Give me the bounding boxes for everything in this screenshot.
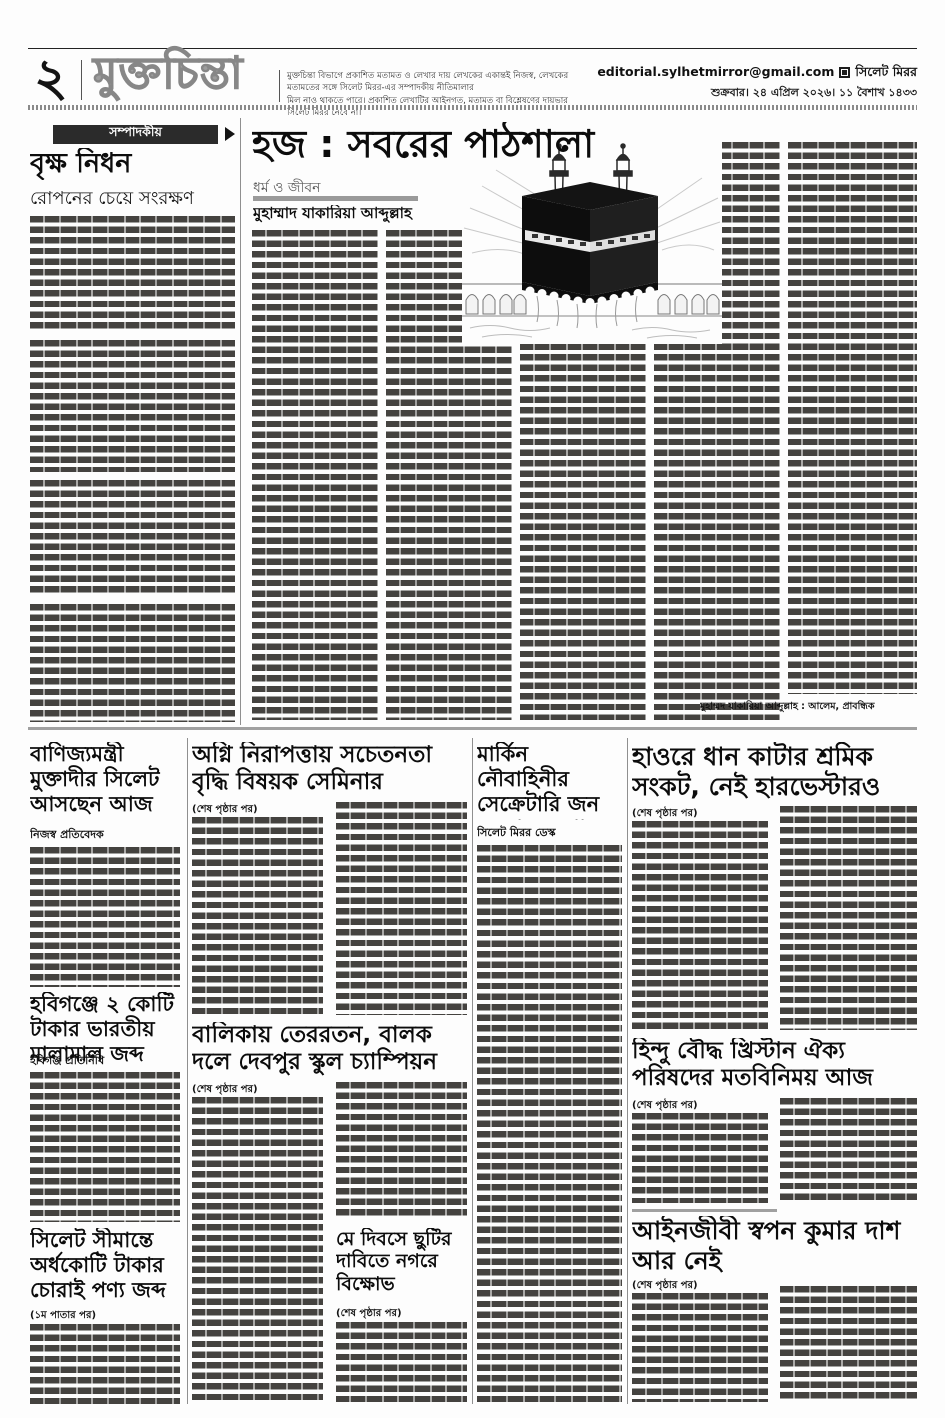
article-byline: হবিগঞ্জ প্রতিনিধি: [30, 1052, 180, 1067]
article-headline: মে দিবসে ছুটির দাবিতে নগরে বিক্ষোভ: [336, 1228, 467, 1302]
page-number: ২: [34, 52, 68, 104]
continuation-note: (১ম পাতার পর): [30, 1308, 180, 1321]
editorial-body-text: [30, 216, 235, 332]
column-rule-3: [627, 738, 628, 1404]
section-logo: মুক্তচিন্তা: [93, 52, 244, 96]
continuation-note: (শেষ পৃষ্ঠার পর): [192, 1082, 323, 1095]
continuation-note: (শেষ পৃষ্ঠার পর): [632, 806, 768, 819]
editorial-headline: বৃক্ষ নিধন: [30, 148, 235, 180]
lead-author-signature: মুহাম্মদ যাকারিয়া আব্দুল্লাহ : আলেম, প্…: [700, 700, 917, 714]
body-text: [632, 1113, 768, 1203]
arrow-right-icon: [225, 127, 235, 141]
body-text: [336, 1322, 467, 1402]
section-divider-rule: [28, 727, 917, 730]
lead-body-text: [252, 230, 378, 720]
article-headline: মার্কিন নৌবাহিনীর সেক্রেটারি জন ফেলান বর…: [477, 742, 622, 820]
article-headline: বাণিজ্যমন্ত্রী মুক্তাদীর সিলেট আসছেন আজ: [30, 742, 180, 822]
article-top-rule: [632, 1209, 777, 1212]
body-text: [632, 821, 768, 1030]
header-bottom-rule: [28, 105, 917, 110]
body-text: [30, 1072, 180, 1222]
disclaimer-divider: [279, 70, 280, 102]
lead-kicker: ধর্ম ও জীবন: [253, 176, 433, 194]
body-text: [780, 806, 917, 1030]
continuation-note: (শেষ পৃষ্ঠার পর): [632, 1098, 768, 1111]
column-rule-1: [187, 738, 188, 1404]
editorial-section-bar: সম্পাদকীয়: [53, 125, 218, 144]
body-text: [336, 802, 467, 1015]
body-text: [336, 1082, 467, 1220]
editorial-email: editorial.sylhetmirror@gmail.com: [597, 64, 834, 79]
article-headline: হাওরে ধান কাটার শ্রমিক সংকট, নেই হারভেস্…: [632, 742, 917, 802]
body-text: [632, 1293, 768, 1402]
body-text: [192, 1097, 323, 1402]
dateline: শুক্রবার। ২৪ এপ্রিল ২০২৬। ১১ বৈশাখ ১৪৩৩: [711, 84, 917, 103]
article-headline: সিলেট সীমান্তে অর্ধকোটি টাকার চোরাই পণ্য…: [30, 1228, 180, 1306]
article-headline: বালিকায় তেররতন, বালক দলে দেবপুর স্কুল চ…: [192, 1022, 467, 1078]
column-rule-2: [472, 738, 473, 1404]
article-headline: অগ্নি নিরাপত্তায় সচেতনতা বৃদ্ধি বিষয়ক …: [192, 742, 467, 798]
body-text: [780, 1098, 917, 1203]
continuation-note: (শেষ পৃষ্ঠার পর): [192, 802, 323, 815]
editorial-subhead: রোপনের চেয়ে সংরক্ষণ জরুরি: [30, 184, 235, 208]
lead-kicker-rule: [253, 196, 418, 201]
continuation-note: (শেষ পৃষ্ঠার পর): [336, 1306, 467, 1319]
section-disclaimer: মুক্তচিন্তা বিভাগে প্রকাশিত মতামত ও লেখা…: [287, 70, 587, 119]
body-text: [30, 847, 180, 987]
lead-byline: মুহাম্মাদ যাকারিয়া আব্দুল্লাহ: [253, 205, 463, 225]
article-byline: নিজস্ব প্রতিবেদক: [30, 826, 180, 841]
article-byline: সিলেট মিরর ডেস্ক: [477, 824, 622, 839]
article-headline: আইনজীবী স্বপন কুমার দাশ আর নেই: [632, 1216, 917, 1274]
body-text: [477, 845, 622, 1402]
continuation-note: (শেষ পৃষ্ঠার পর): [632, 1278, 768, 1291]
masthead-name: সিলেট মিরর: [855, 64, 917, 79]
newspaper-page: ২ মুক্তচিন্তা মুক্তচিন্তা বিভাগে প্রকাশি…: [0, 0, 945, 1418]
article-headline: হিন্দু বৌদ্ধ খ্রিস্টান ঐক্য পরিষদের মতবি…: [632, 1038, 917, 1094]
masthead-row: editorial.sylhetmirror@gmail.comসিলেট মি…: [597, 64, 917, 84]
lead-body-text: [788, 142, 917, 694]
body-text: [192, 817, 323, 1015]
editorial-section-header: সম্পাদকীয়: [30, 124, 235, 144]
editorial-body-text: [30, 340, 235, 472]
editorial-body-text: [30, 480, 235, 596]
editorial-body-text: [30, 604, 235, 722]
disclaimer-line1: মুক্তচিন্তা বিভাগে প্রকাশিত মতামত ও লেখা…: [287, 70, 587, 95]
lead-headline: হজ : সবরের পাঠশালা: [252, 122, 717, 170]
body-text: [30, 1324, 180, 1404]
editorial-main-divider: [240, 118, 241, 725]
editorial-section-label: সম্পাদকীয়: [109, 124, 162, 144]
masthead-icon: [839, 67, 850, 78]
header-divider: [81, 60, 82, 100]
body-text: [780, 1286, 917, 1402]
